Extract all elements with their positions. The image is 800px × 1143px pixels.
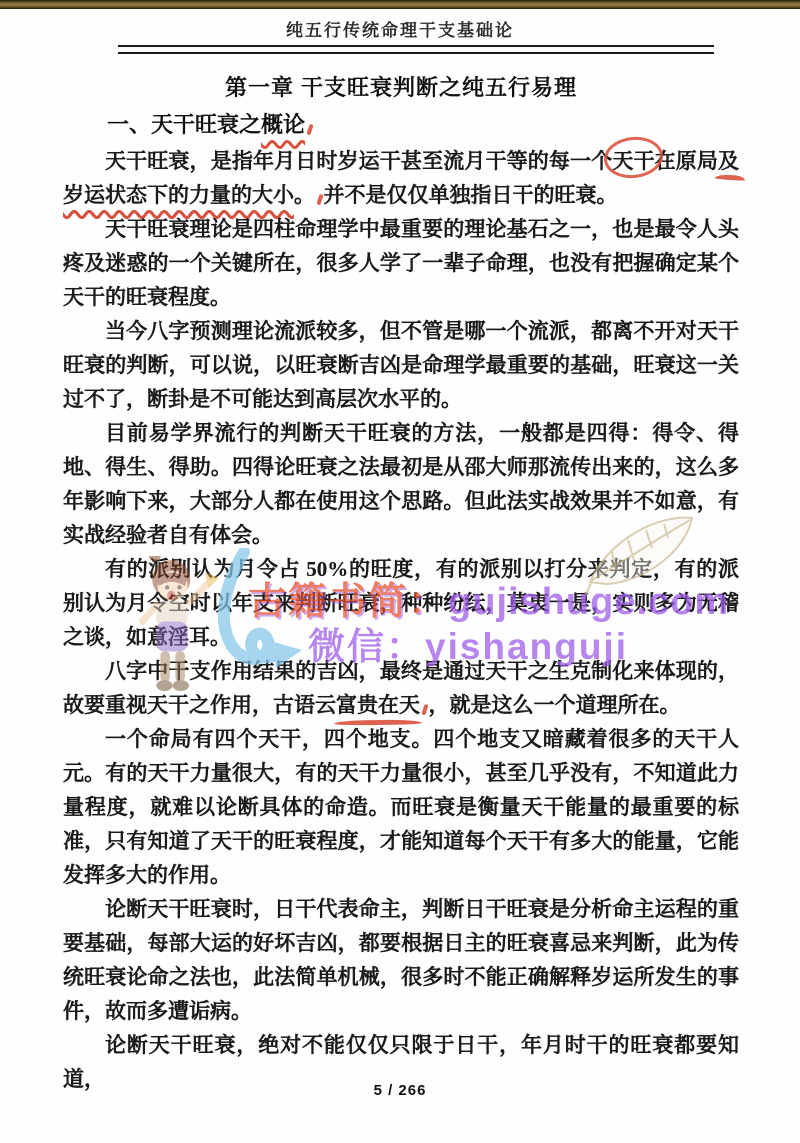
red-wavy-annotation: 岁运状态下的力量的大小 — [63, 183, 294, 207]
red-tick-annotation — [421, 704, 428, 716]
text-run: 论断天干旺衰时，日干代表命主，判断日干旺衰是分析命主运程的重要基础，每部大运的好… — [63, 897, 739, 1023]
paragraph: 八字中干支作用结果的吉凶，最终是通过天干之生克制化来体现的，故要重视天干之作用，… — [63, 654, 739, 722]
chapter-title: 第一章 干支旺衰判断之纯五行易理 — [63, 74, 739, 102]
red-circle-annotation: 天干 — [612, 149, 654, 173]
red-swoosh-annotation: 及 — [718, 149, 739, 173]
red-tick-annotation — [306, 124, 313, 136]
paragraph: 论断天干旺衰时，日干代表命主，判断日干旺衰是分析命主运程的重要基础，每部大运的好… — [63, 892, 739, 1028]
paragraph: 当今八字预测理论流派较多，但不管是哪一个流派，都离不开对天干旺衰的判断，可以说，… — [63, 314, 739, 416]
page-footer: 5 / 266 — [0, 1082, 800, 1100]
text-run: 天干旺衰理论是四柱命理学中最重要的理论基石之一，也是最令人头疼及迷惑的一个关键所… — [63, 217, 739, 309]
red-underline-annotation: 富贵在天 — [336, 693, 420, 717]
paragraph: 天干旺衰理论是四柱命理学中最重要的理论基石之一，也是最令人头疼及迷惑的一个关键所… — [63, 212, 739, 314]
page-top-border — [0, 0, 800, 9]
text-run: 一个命局有四个天干，四个地支。四个地支又暗藏着很多的天干人元。有的天干力量很大，… — [63, 727, 739, 887]
book-title: 纯五行传统命理干支基础论 — [0, 16, 800, 41]
scanned-book-page: 纯五行传统命理干支基础论 第一章 干支旺衰判断之纯五行易理 一、天干旺衰之概论 … — [0, 0, 800, 1143]
text-run: 当今八字预测理论流派较多，但不管是哪一个流派，都离不开对天干旺衰的判断，可以说，… — [63, 319, 739, 411]
text-run: 并不是仅仅单独指日干的旺衰。 — [324, 183, 618, 207]
leaf-outline-icon — [582, 506, 700, 606]
text-run: 在原局 — [655, 149, 718, 173]
header-double-rule — [118, 45, 714, 54]
red-tick-annotation — [316, 194, 323, 206]
page-number: 5 / 266 — [374, 1082, 427, 1099]
text-run: 一、天干旺衰之 — [107, 112, 261, 137]
paragraph: 一个命局有四个天干，四个地支。四个地支又暗藏着很多的天干人元。有的天干力量很大，… — [63, 722, 739, 892]
text-run: 。 — [294, 183, 315, 207]
paragraph: 天干旺衰，是指年月日时岁运干甚至流月干等的每一个天干在原局及岁运状态下的力量的大… — [63, 144, 739, 212]
body-text: 天干旺衰，是指年月日时岁运干甚至流月干等的每一个天干在原局及岁运状态下的力量的大… — [63, 144, 739, 1096]
text-run: 天干旺衰，是指年月日时岁运干甚至流月干等的每一个 — [105, 149, 612, 173]
section-heading: 一、天干旺衰之概论 — [63, 110, 739, 140]
text-run: ，就是这么一个道理所在。 — [429, 693, 681, 717]
red-wavy-annotation: 概论 — [261, 112, 305, 137]
